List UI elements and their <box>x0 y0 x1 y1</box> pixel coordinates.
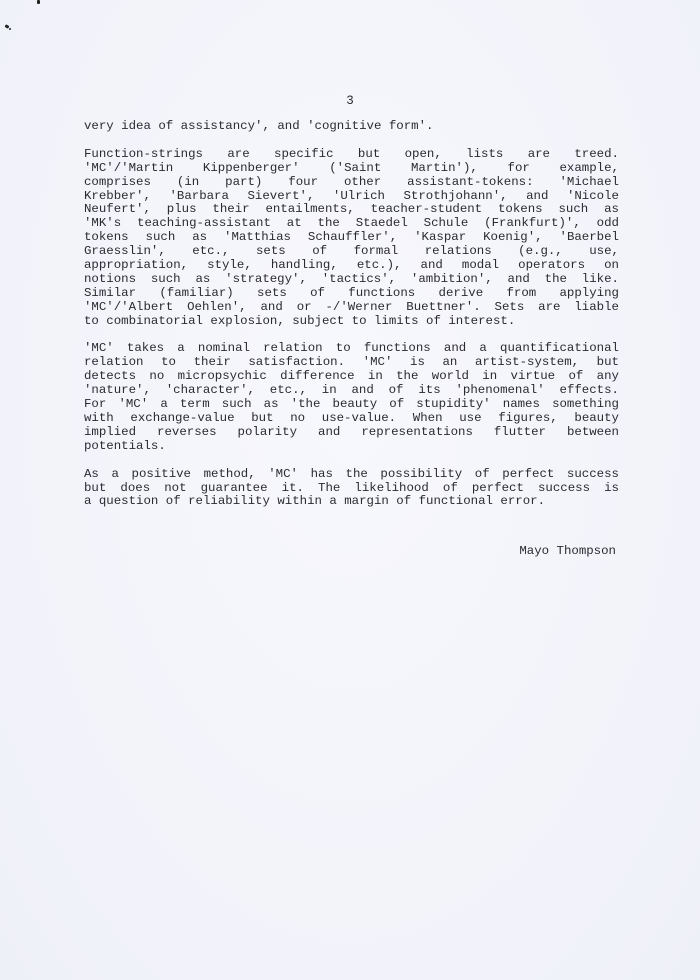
scan-speck <box>9 28 11 30</box>
text-line: very idea of assistancy', and 'cognitive… <box>84 120 619 134</box>
text-line: but does not guarantee it. The likelihoo… <box>84 482 619 496</box>
text-line: to combinatorial explosion, subject to l… <box>84 315 619 329</box>
text-line: tokens such as 'Matthias Schauffler', 'K… <box>84 231 619 245</box>
text-line: 'MC' takes a nominal relation to functio… <box>84 342 619 356</box>
text-line: As a positive method, 'MC' has the possi… <box>84 468 619 482</box>
text-line: Krebber', 'Barbara Sievert', 'Ulrich Str… <box>84 190 619 204</box>
text-line: For 'MC' a term such as 'the beauty of s… <box>84 398 619 412</box>
text-line: comprises (in part) four other assistant… <box>84 176 619 190</box>
text-line: implied reverses polarity and representa… <box>84 426 619 440</box>
text-line: relation to their satisfaction. 'MC' is … <box>84 356 619 370</box>
text-line: 'MC'/'Martin Kippenberger' ('Saint Marti… <box>84 162 619 176</box>
document-body: very idea of assistancy', and 'cognitive… <box>84 120 619 523</box>
text-line: Neufert', plus their entailments, teache… <box>84 203 619 217</box>
text-line: appropriation, style, handling, etc.), a… <box>84 259 619 273</box>
author-signature: Mayo Thompson <box>519 544 616 558</box>
paragraph: 'MC' takes a nominal relation to functio… <box>84 342 619 453</box>
paragraph: Function-strings are specific but open, … <box>84 148 619 329</box>
text-line: potentials. <box>84 440 619 454</box>
text-line: 'MK's teaching-assistant at the Staedel … <box>84 217 619 231</box>
text-line: detects no micropsychic difference in th… <box>84 370 619 384</box>
text-line: Function-strings are specific but open, … <box>84 148 619 162</box>
text-line: notions such as 'strategy', 'tactics', '… <box>84 273 619 287</box>
document-page: 3 very idea of assistancy', and 'cogniti… <box>0 0 700 980</box>
text-line: Graesslin', etc., sets of formal relatio… <box>84 245 619 259</box>
page-number: 3 <box>340 94 360 108</box>
paragraph: As a positive method, 'MC' has the possi… <box>84 468 619 510</box>
text-line: a question of reliability within a margi… <box>84 495 619 509</box>
text-line: 'nature', 'character', etc., in and of i… <box>84 384 619 398</box>
paragraph: very idea of assistancy', and 'cognitive… <box>84 120 619 134</box>
text-line: 'MC'/'Albert Oehlen', and or -/'Werner B… <box>84 301 619 315</box>
scan-speck <box>37 0 40 4</box>
text-line: with exchange-value but no use-value. Wh… <box>84 412 619 426</box>
text-line: Similar (familiar) sets of functions der… <box>84 287 619 301</box>
